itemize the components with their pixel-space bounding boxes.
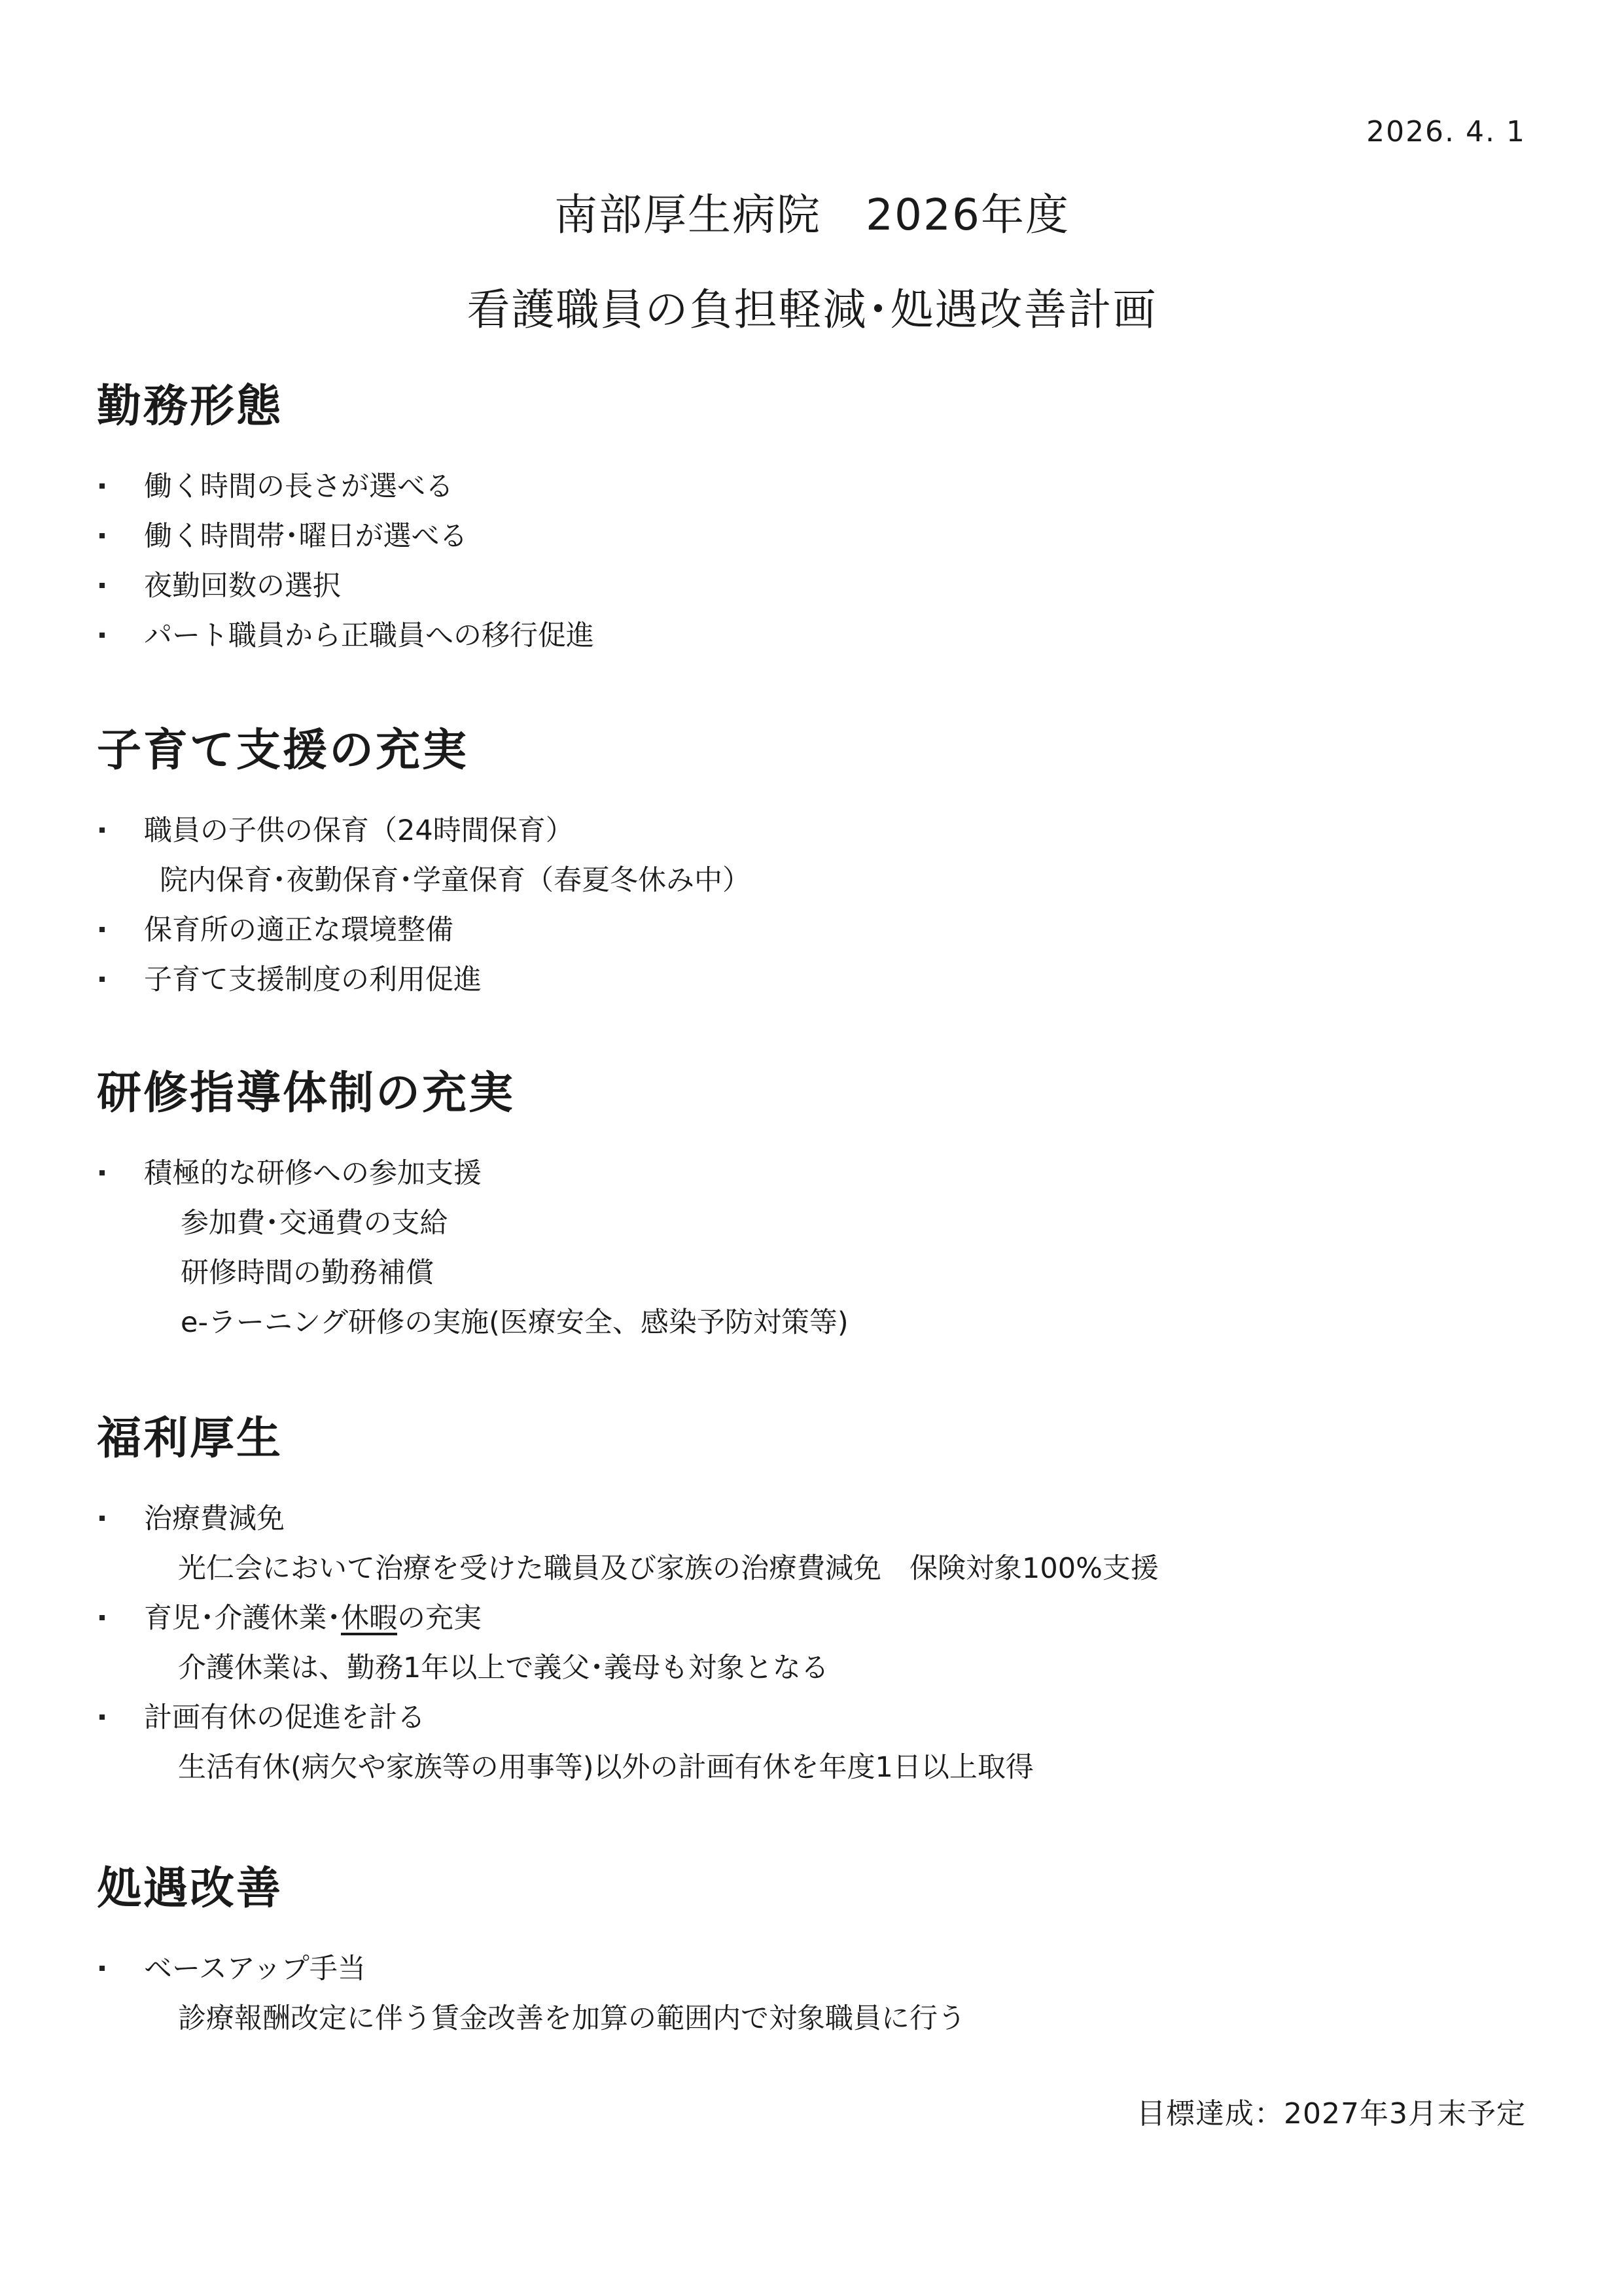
section-heading: 研修指導体制の充実 bbox=[97, 1061, 849, 1126]
list-item: 治療費減免 光仁会において治療を受けた職員及び家族の治療費減免 保険対象100%… bbox=[97, 1494, 1159, 1593]
bullet-icon bbox=[99, 1516, 105, 1521]
list-item: パート職員から正職員への移行促進 bbox=[97, 611, 594, 661]
bullet-icon bbox=[99, 1966, 105, 1971]
section-heading: 子育て支援の充実 bbox=[97, 718, 750, 784]
item-list: 働く時間の長さが選べる 働く時間帯･曜日が選べる 夜勤回数の選択 パート職員から… bbox=[97, 462, 594, 661]
document-subtitle: 看護職員の負担軽減･処遇改善計画 bbox=[0, 275, 1624, 337]
sub-item: 研修時間の勤務補償 bbox=[97, 1248, 849, 1298]
section-work-style: 勤務形態 働く時間の長さが選べる 働く時間帯･曜日が選べる 夜勤回数の選択 パー… bbox=[97, 374, 594, 661]
section-childcare-support: 子育て支援の充実 職員の子供の保育（24時間保育） 院内保育･夜勤保育･学童保育… bbox=[97, 718, 750, 1005]
bullet-icon bbox=[99, 583, 105, 588]
item-list: 職員の子供の保育（24時間保育） 院内保育･夜勤保育･学童保育（春夏冬休み中） … bbox=[97, 806, 750, 1005]
sub-item: 診療報酬改定に伴う賃金改善を加算の範囲内で対象職員に行う bbox=[97, 1994, 966, 2044]
sub-item: 院内保育･夜勤保育･学童保育（春夏冬休み中） bbox=[97, 856, 750, 905]
item-list: ベースアップ手当 診療報酬改定に伴う賃金改善を加算の範囲内で対象職員に行う bbox=[97, 1944, 966, 2044]
bullet-icon bbox=[99, 1170, 105, 1175]
list-item: 働く時間帯･曜日が選べる bbox=[97, 512, 594, 561]
list-item: 保育所の適正な環境整備 bbox=[97, 905, 750, 955]
section-training: 研修指導体制の充実 積極的な研修への参加支援 参加費･交通費の支給 研修時間の勤… bbox=[97, 1061, 849, 1348]
sub-item: 参加費･交通費の支給 bbox=[97, 1198, 849, 1248]
document-title: 南部厚生病院 2026年度 bbox=[0, 180, 1624, 242]
item-list: 積極的な研修への参加支援 参加費･交通費の支給 研修時間の勤務補償 e-ラーニン… bbox=[97, 1149, 849, 1348]
sub-item: 生活有休(病欠や家族等の用事等)以外の計画有休を年度1日以上取得 bbox=[97, 1743, 1159, 1792]
list-item: 育児･介護休業･休暇の充実 介護休業は、勤務1年以上で義父･義母も対象となる bbox=[97, 1593, 1159, 1693]
sub-item: e-ラーニング研修の実施(医療安全、感染予防対策等) bbox=[97, 1298, 849, 1348]
section-welfare: 福利厚生 治療費減免 光仁会において治療を受けた職員及び家族の治療費減免 保険対… bbox=[97, 1406, 1159, 1792]
item-list: 治療費減免 光仁会において治療を受けた職員及び家族の治療費減免 保険対象100%… bbox=[97, 1494, 1159, 1792]
section-heading: 処遇改善 bbox=[97, 1856, 966, 1922]
bullet-icon bbox=[99, 633, 105, 638]
list-item: 働く時間の長さが選べる bbox=[97, 462, 594, 512]
list-item: ベースアップ手当 診療報酬改定に伴う賃金改善を加算の範囲内で対象職員に行う bbox=[97, 1944, 966, 2044]
bullet-icon bbox=[99, 1615, 105, 1620]
section-heading: 勤務形態 bbox=[97, 374, 594, 440]
list-item: 計画有休の促進を計る 生活有休(病欠や家族等の用事等)以外の計画有休を年度1日以… bbox=[97, 1693, 1159, 1792]
bullet-icon bbox=[99, 977, 105, 982]
section-heading: 福利厚生 bbox=[97, 1406, 1159, 1472]
bullet-icon bbox=[99, 533, 105, 538]
list-item: 子育て支援制度の利用促進 bbox=[97, 955, 750, 1005]
document-date: 2026. 4. 1 bbox=[1366, 115, 1526, 148]
target-completion-note: 目標達成：2027年3月末予定 bbox=[1137, 2090, 1526, 2132]
list-item: 夜勤回数の選択 bbox=[97, 561, 594, 611]
bullet-icon bbox=[99, 927, 105, 932]
bullet-icon bbox=[99, 827, 105, 833]
section-compensation: 処遇改善 ベースアップ手当 診療報酬改定に伴う賃金改善を加算の範囲内で対象職員に… bbox=[97, 1856, 966, 2044]
bullet-icon bbox=[99, 1714, 105, 1720]
underlined-text: 休暇 bbox=[341, 1602, 397, 1635]
bullet-icon bbox=[99, 483, 105, 489]
list-item: 積極的な研修への参加支援 参加費･交通費の支給 研修時間の勤務補償 e-ラーニン… bbox=[97, 1149, 849, 1348]
list-item: 職員の子供の保育（24時間保育） 院内保育･夜勤保育･学童保育（春夏冬休み中） bbox=[97, 806, 750, 905]
sub-item: 介護休業は、勤務1年以上で義父･義母も対象となる bbox=[97, 1643, 1159, 1693]
sub-item: 光仁会において治療を受けた職員及び家族の治療費減免 保険対象100%支援 bbox=[97, 1544, 1159, 1593]
